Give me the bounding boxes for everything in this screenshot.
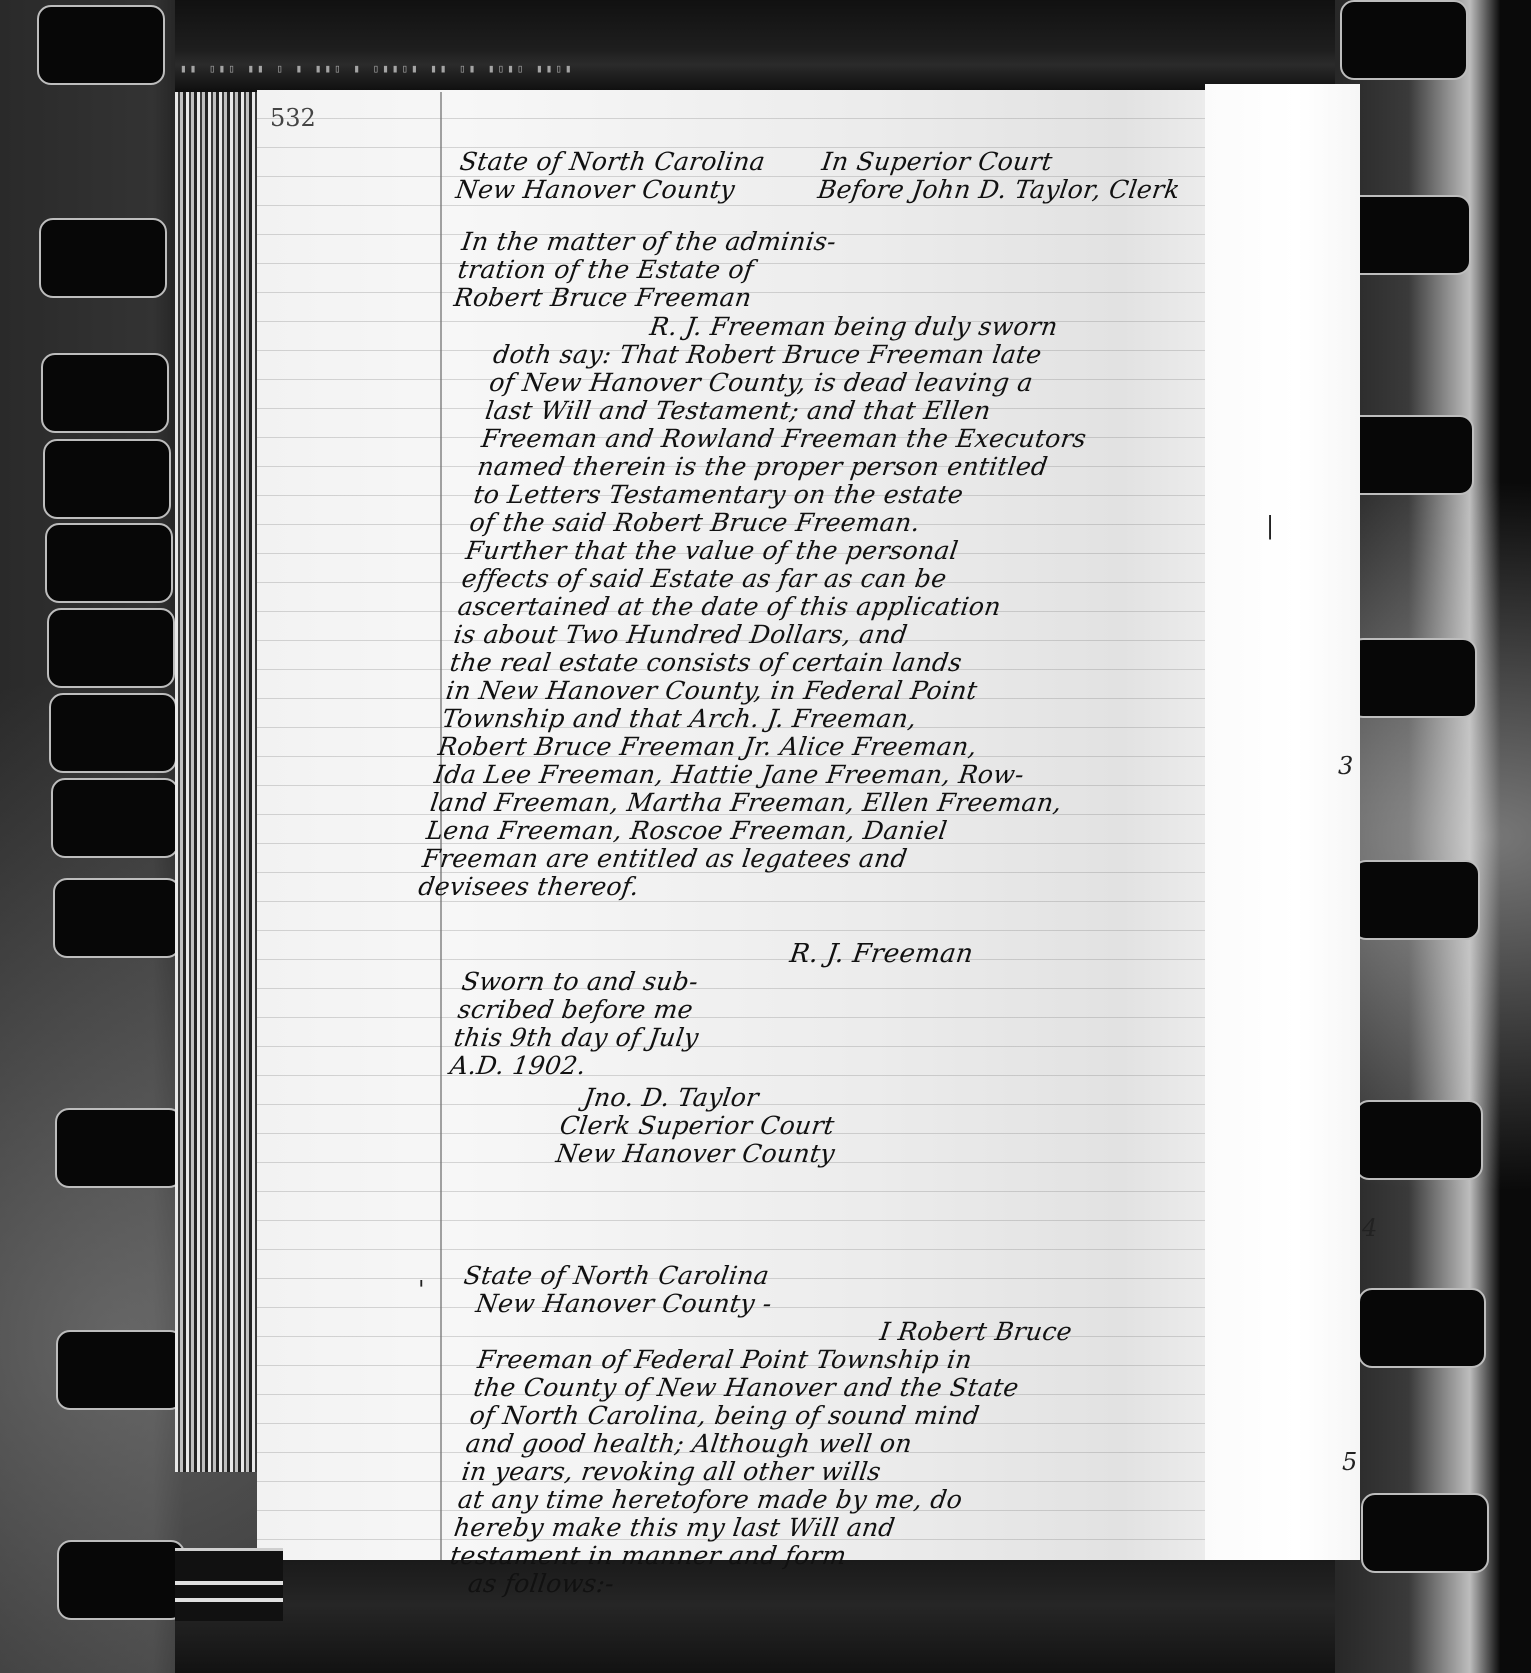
right-margin-mark: 5: [1342, 1448, 1357, 1476]
affidavit-line: Further that the value of the personal: [464, 537, 1099, 565]
will-line: the County of New Hanover and the State: [472, 1374, 1021, 1402]
affiant-signature: R. J. Freeman: [788, 940, 975, 968]
affidavit-first-line: R. J. Freeman being duly sworn: [648, 313, 1060, 341]
left-sprocket-hole: [39, 218, 167, 298]
will-line: at any time heretofore made by me, do: [456, 1486, 1005, 1514]
heading-county: New Hanover County: [454, 176, 763, 204]
affidavit-line: effects of said Estate as far as can be: [460, 565, 1095, 593]
affidavit-line: last Will and Testament; and that Ellen: [484, 397, 1119, 425]
book-spine-edge: [175, 92, 257, 1472]
left-sprocket-hole: [41, 353, 169, 433]
caption-line: In the matter of the adminis-: [460, 228, 838, 256]
jurat-line: Sworn to and sub-: [460, 968, 708, 996]
right-sprocket-hole: [1346, 415, 1474, 495]
affidavit-line: devisees thereof.: [417, 873, 1052, 901]
will-first-line: I Robert Bruce: [878, 1318, 1074, 1346]
page-number: 532: [270, 104, 316, 132]
heading-clerk: Before John D. Taylor, Clerk: [816, 176, 1182, 204]
will-heading-county: New Hanover County -: [458, 1290, 774, 1318]
film-top-border: [175, 0, 1335, 92]
affidavit-line: land Freeman, Martha Freeman, Ellen Free…: [428, 789, 1063, 817]
left-sprocket-hole: [53, 878, 181, 958]
right-sprocket-hole: [1352, 860, 1480, 940]
affidavit-line: to Letters Testamentary on the estate: [472, 481, 1107, 509]
affidavit-body: doth say: That Robert Bruce Freeman late…: [417, 341, 1127, 901]
clerk-signature-block: Jno. D. Taylor Clerk Superior Court New …: [554, 1084, 844, 1168]
affidavit-line: in New Hanover County, in Federal Point: [444, 677, 1079, 705]
right-sprocket-hole: [1349, 638, 1477, 718]
affidavit-line: Robert Bruce Freeman Jr. Alice Freeman,: [436, 733, 1071, 761]
right-sprocket-hole: [1343, 195, 1471, 275]
clerk-name: Jno. D. Taylor: [562, 1084, 845, 1112]
will-line: of North Carolina, being of sound mind: [468, 1402, 1017, 1430]
affidavit-line: Ida Lee Freeman, Hattie Jane Freeman, Ro…: [432, 761, 1067, 789]
left-sprocket-hole: [57, 1540, 185, 1620]
left-sprocket-hole: [47, 608, 175, 688]
left-sprocket-hole: [56, 1330, 184, 1410]
will-line: in years, revoking all other wills: [460, 1458, 1009, 1486]
will-line: as follows:-: [444, 1570, 993, 1598]
affidavit-line: doth say: That Robert Bruce Freeman late: [491, 341, 1126, 369]
jurat-line: scribed before me: [456, 996, 704, 1024]
affidavit-line: Township and that Arch. J. Freeman,: [440, 705, 1075, 733]
caption-line: Robert Bruce Freeman: [452, 284, 830, 312]
affidavit-line: of New Hanover County, is dead leaving a: [487, 369, 1122, 397]
left-sprocket-hole: [51, 778, 179, 858]
film-edge-code: ▮▮ ▯▮▯ ▮▮ ▯ ▮ ▮▮▯ ▮ ▯▮▮▯▮ ▮▮ ▯▮ ▮▯▮▯ ▮▮▯…: [180, 62, 1220, 76]
case-caption: In the matter of the adminis- tration of…: [452, 228, 838, 312]
clerk-county: New Hanover County: [554, 1140, 837, 1168]
affidavit-line: Lena Freeman, Roscoe Freeman, Daniel: [425, 817, 1060, 845]
page-right-margin: [1205, 84, 1360, 1560]
left-sprocket-hole: [55, 1108, 183, 1188]
affidavit-line: Freeman are entitled as legatees and: [421, 845, 1056, 873]
right-sprocket-hole: [1361, 1493, 1489, 1573]
right-sprocket-hole: [1358, 1288, 1486, 1368]
affidavit-line: is about Two Hundred Dollars, and: [452, 621, 1087, 649]
clerk-title: Clerk Superior Court: [558, 1112, 841, 1140]
will-heading: State of North Carolina New Hanover Coun…: [458, 1262, 778, 1318]
left-sprocket-hole: [43, 439, 171, 519]
right-margin-mark: 3: [1338, 752, 1353, 780]
jurat: Sworn to and sub- scribed before me this…: [448, 968, 708, 1080]
left-sprocket-hole: [37, 5, 165, 85]
affidavit-line: of the said Robert Bruce Freeman.: [468, 509, 1103, 537]
will-line: and good health; Although well on: [464, 1430, 1013, 1458]
right-margin-mark: 4: [1362, 1214, 1377, 1242]
affidavit-line: the real estate consists of certain land…: [448, 649, 1083, 677]
affidavit-line: ascertained at the date of this applicat…: [456, 593, 1091, 621]
will-body: Freeman of Federal Point Township in the…: [444, 1346, 1024, 1598]
will-heading-state: State of North Carolina: [462, 1262, 778, 1290]
affidavit-line: named therein is the proper person entit…: [476, 453, 1111, 481]
will-line: hereby make this my last Will and: [452, 1514, 1001, 1542]
left-sprocket-hole: [45, 523, 173, 603]
left-sprocket-hole: [49, 693, 177, 773]
jurat-line: this 9th day of July: [452, 1024, 700, 1052]
right-margin-mark: |: [1266, 512, 1274, 540]
will-line: Freeman of Federal Point Township in: [476, 1346, 1025, 1374]
heading-right: In Superior Court Before John D. Taylor,…: [816, 148, 1186, 204]
right-sprocket-hole: [1340, 0, 1468, 80]
page-clip: [175, 1548, 283, 1621]
heading-state: State of North Carolina: [458, 148, 767, 176]
heading-left: State of North Carolina New Hanover Coun…: [454, 148, 767, 204]
jurat-line: A.D. 1902.: [448, 1052, 696, 1080]
will-line: testament in manner and form: [448, 1542, 997, 1570]
left-margin-tick: ': [418, 1276, 425, 1304]
right-sprocket-hole: [1355, 1100, 1483, 1180]
affidavit-line: Freeman and Rowland Freeman the Executor…: [480, 425, 1115, 453]
heading-court: In Superior Court: [820, 148, 1186, 176]
caption-line: tration of the Estate of: [456, 256, 834, 284]
